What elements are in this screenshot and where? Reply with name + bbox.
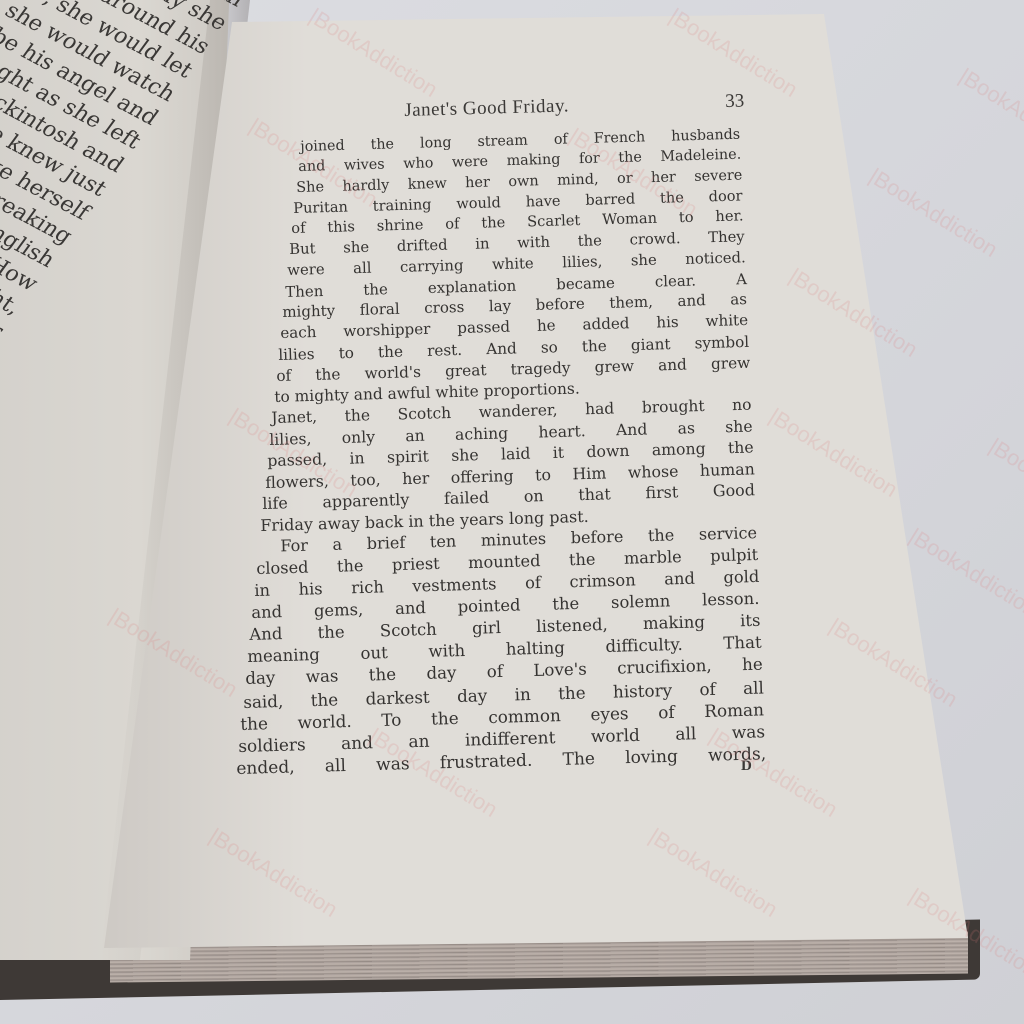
watermark-text: |BookAddiction (904, 523, 1024, 623)
watermark-text: |BookAddiction (864, 163, 1002, 263)
watermark-text: |BookAddiction (954, 63, 1024, 163)
watermark-text: |BookAddiction (984, 433, 1024, 533)
chapter-title: Janet's Good Friday. (404, 95, 569, 121)
photo-scene: ather thanIf only shems around hise, she… (0, 0, 1024, 1024)
page-number: 33 (725, 91, 745, 114)
signature-mark: D (741, 758, 752, 775)
